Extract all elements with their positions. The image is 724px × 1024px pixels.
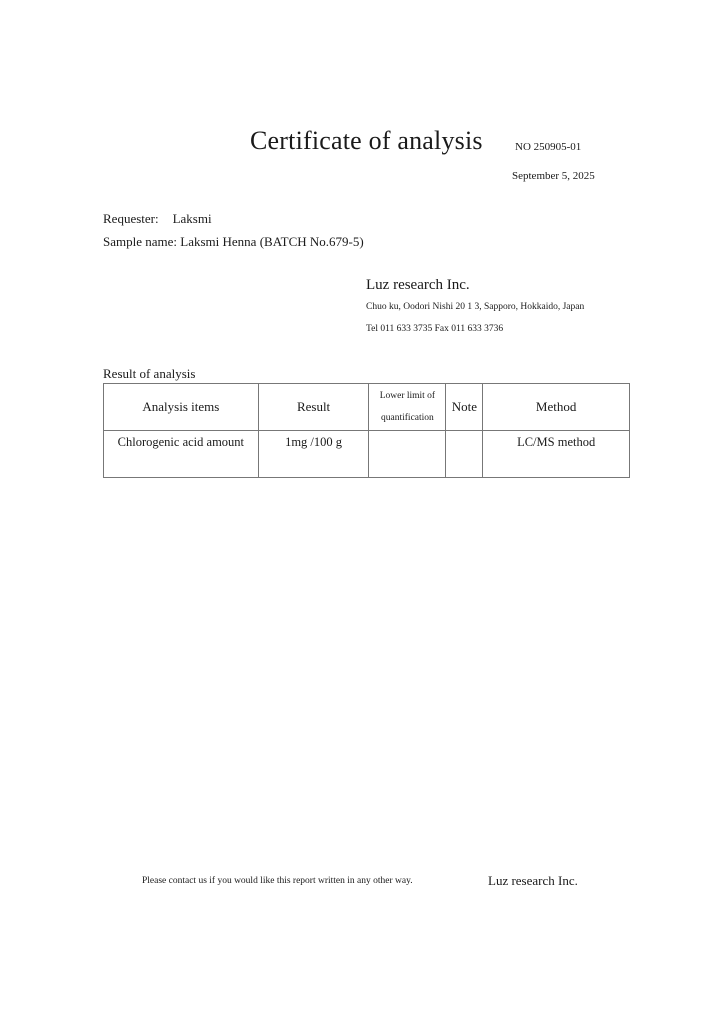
document-number: NO 250905-01 [515,141,581,153]
column-header: Note [446,384,483,431]
cell-note [446,431,483,478]
column-header: Lower limit of quantification [369,384,446,431]
requester-label: Requester: [103,211,159,226]
column-header: Result [258,384,369,431]
sample-value: Laksmi Henna (BATCH No.679-5) [180,234,363,249]
column-header: Analysis items [104,384,259,431]
requester-line: Requester:Laksmi [103,211,212,227]
cell-lloq [369,431,446,478]
sample-label: Sample name: [103,234,177,249]
results-table: Analysis items Result Lower limit of qua… [103,383,630,478]
cell-item: Chlorogenic acid amount [104,431,259,478]
requester-value: Laksmi [173,211,212,226]
issuer-company: Luz research Inc. [366,277,470,294]
table-row: Chlorogenic acid amount 1mg /100 g LC/MS… [104,431,630,478]
issuer-address: Chuo ku, Oodori Nishi 20 1 3, Sapporo, H… [366,302,584,312]
cell-method: LC/MS method [483,431,630,478]
table-header-row: Analysis items Result Lower limit of qua… [104,384,630,431]
issuer-contact: Tel 011 633 3735 Fax 011 633 3736 [366,324,503,334]
sample-line: Sample name: Laksmi Henna (BATCH No.679-… [103,234,364,250]
column-header: Method [483,384,630,431]
footer-company: Luz research Inc. [488,873,578,889]
results-heading: Result of analysis [103,366,195,382]
footer-note: Please contact us if you would like this… [142,876,413,886]
document-title: Certificate of analysis [250,126,483,156]
issue-date: September 5, 2025 [512,170,595,182]
cell-result: 1mg /100 g [258,431,369,478]
